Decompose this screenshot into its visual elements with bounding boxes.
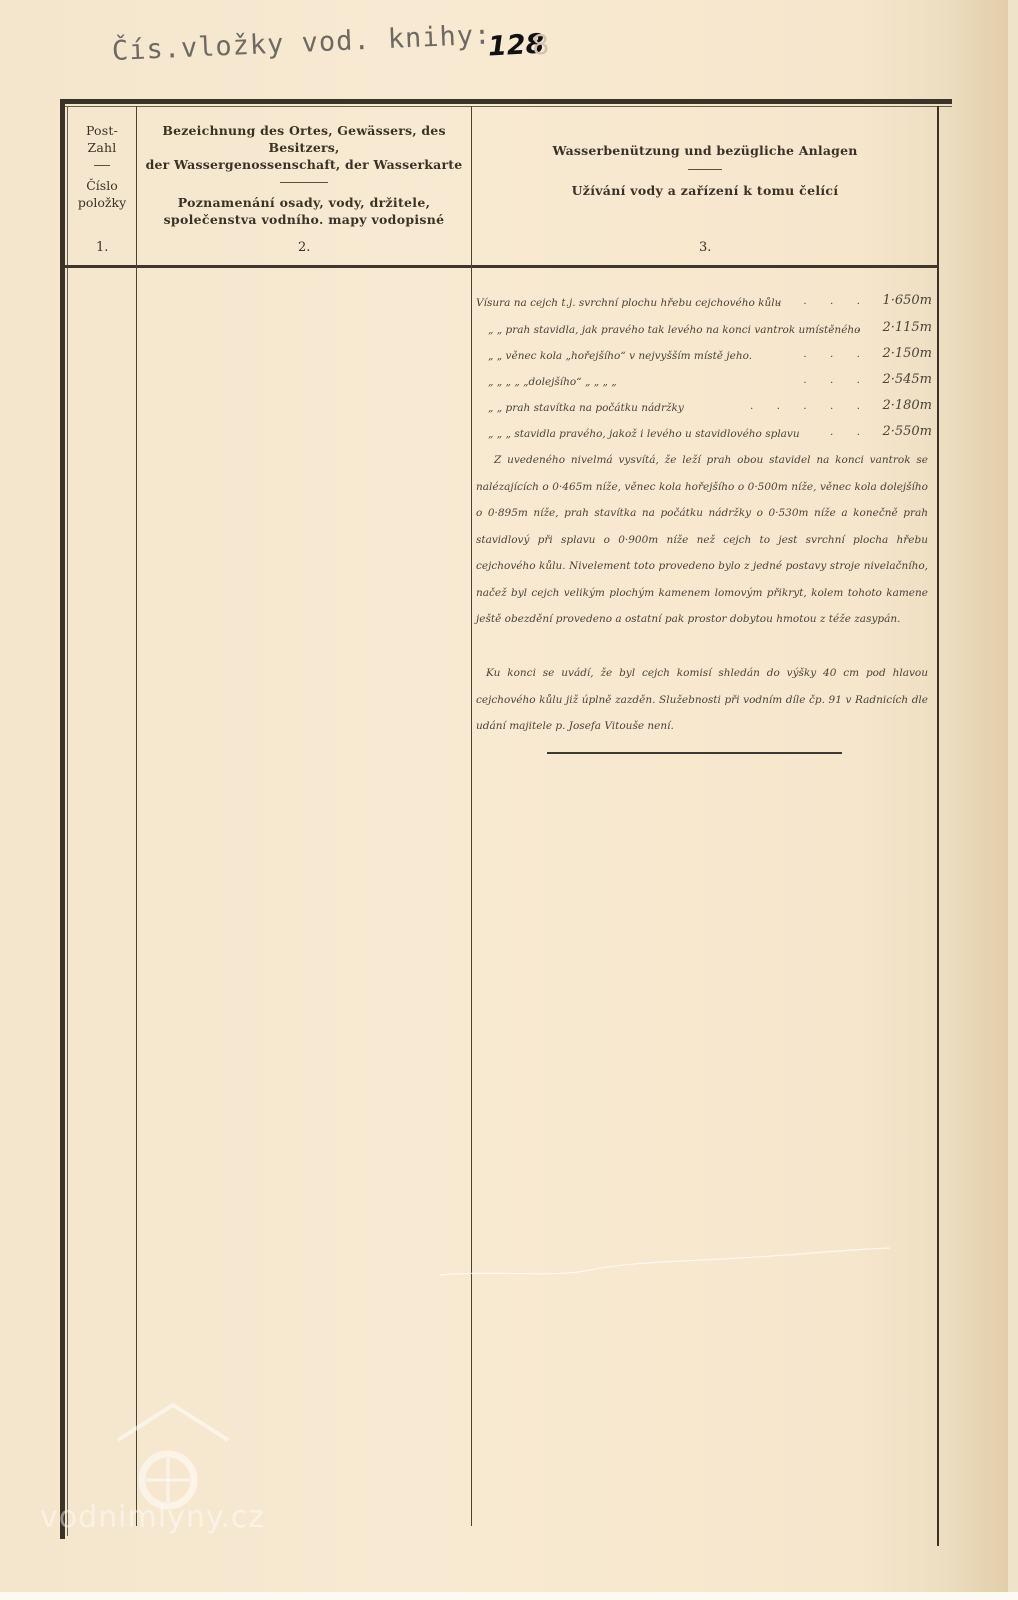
measurement-description: „ „ „ stavidla pravého, jakož i levého u… [488, 427, 800, 441]
measurement-description: „ „ prah stavítka na počátku nádržky [488, 401, 684, 415]
watermark-text: vodnimlyny.cz [40, 1500, 265, 1535]
measurement-value: 2·550m [882, 425, 932, 439]
measurement-row: „ „ „ stavidla pravého, jakož i levého u… [476, 423, 934, 445]
table-left-rule-thin [67, 106, 68, 1536]
column-3-number: 3. [699, 240, 711, 255]
entry-end-rule [547, 752, 842, 754]
measurement-row: „ „ prah stavítka na počátku nádržky . .… [476, 397, 934, 419]
leader-dots: . . [830, 425, 870, 439]
leader-dots: . . . [803, 347, 870, 361]
column-2-number: 2. [298, 240, 310, 255]
measurement-description: Vísura na cejch t.j. svrchní plochu hřeb… [476, 296, 781, 310]
closing-remarks-paragraph: Ku konci se uvádí, že byl cejch komisí s… [476, 660, 928, 740]
measurement-value: 2·115m [882, 321, 932, 335]
measurement-row: „ „ prah stavidla, jak pravého tak levéh… [476, 319, 934, 341]
column-2-czech-line-1: Poznamenání osady, vody, držitele, [137, 194, 471, 211]
measurement-description: „ „ „ „ „dolejšího“ „ „ „ „ [488, 375, 617, 389]
leader-dots: . . . [803, 373, 870, 387]
paper-crease [440, 1240, 890, 1300]
column-header-3: Wasserbenützung und bezügliche Anlagen U… [472, 142, 938, 199]
header-dash [280, 182, 328, 183]
header-dash [94, 165, 110, 166]
document-page [0, 0, 1008, 1592]
column-header-1: Post- Zahl Číslo položky [68, 122, 136, 211]
measurement-row: „ „ „ „ „dolejšího“ „ „ „ „ . . . 2·545m [476, 371, 934, 393]
column-1-german-line-1: Post- [68, 122, 136, 139]
table-right-rule [937, 106, 939, 1546]
column-3-german-line-1: Wasserbenützung und bezügliche Anlagen [472, 142, 938, 159]
measurement-value: 2·150m [882, 347, 932, 361]
measurement-row: Vísura na cejch t.j. svrchní plochu hřeb… [476, 292, 934, 314]
leader-dots: . . [830, 321, 870, 335]
header-dash [688, 169, 722, 170]
table-header-separator [65, 265, 938, 268]
column-1-czech-line-2: položky [68, 194, 136, 211]
measurement-value: 2·180m [882, 399, 932, 413]
table-top-rule [60, 99, 952, 104]
column-1-czech-line-1: Číslo [68, 177, 136, 194]
column-2-german-line-2: der Wassergenossenschaft, der Wasserkart… [137, 156, 471, 173]
measurement-description: „ „ věnec kola „hořejšího“ v nejvyšším m… [488, 349, 752, 363]
column-header-2: Bezeichnung des Ortes, Gewässers, des Be… [137, 122, 471, 228]
registry-number-ghost-digit: 8 [531, 30, 550, 62]
levelling-conclusion-paragraph: Z uvedeného nivelmá vysvítá, že leží pra… [476, 447, 928, 633]
column-divider-1 [136, 106, 137, 1526]
measurement-value: 1·650m [882, 294, 932, 308]
column-2-czech-line-2: společenstva vodního. mapy vodopisné [137, 211, 471, 228]
column-1-german-line-2: Zahl [68, 139, 136, 156]
watermark-mill-icon [108, 1400, 238, 1510]
paper-edge-shadow [948, 0, 1008, 1592]
table-top-rule-thin [60, 106, 952, 107]
column-3-czech-line-1: Užívání vody a zařízení k tomu čelící [472, 182, 938, 199]
scan-bottom-margin [0, 1592, 1018, 1600]
measurement-description: „ „ prah stavidla, jak pravého tak levéh… [488, 323, 861, 337]
measurement-row: „ „ věnec kola „hořejšího“ v nejvyšším m… [476, 345, 934, 367]
column-1-number: 1. [96, 240, 108, 255]
leader-dots: . . . . [777, 294, 870, 308]
column-divider-2 [471, 106, 472, 1526]
column-2-german-line-1: Bezeichnung des Ortes, Gewässers, des Be… [137, 122, 471, 156]
table-left-rule [60, 99, 65, 1539]
leader-dots: . . . . . [750, 399, 870, 413]
handwritten-entry: Vísura na cejch t.j. svrchní plochu hřeb… [476, 292, 934, 772]
measurement-value: 2·545m [882, 373, 932, 387]
